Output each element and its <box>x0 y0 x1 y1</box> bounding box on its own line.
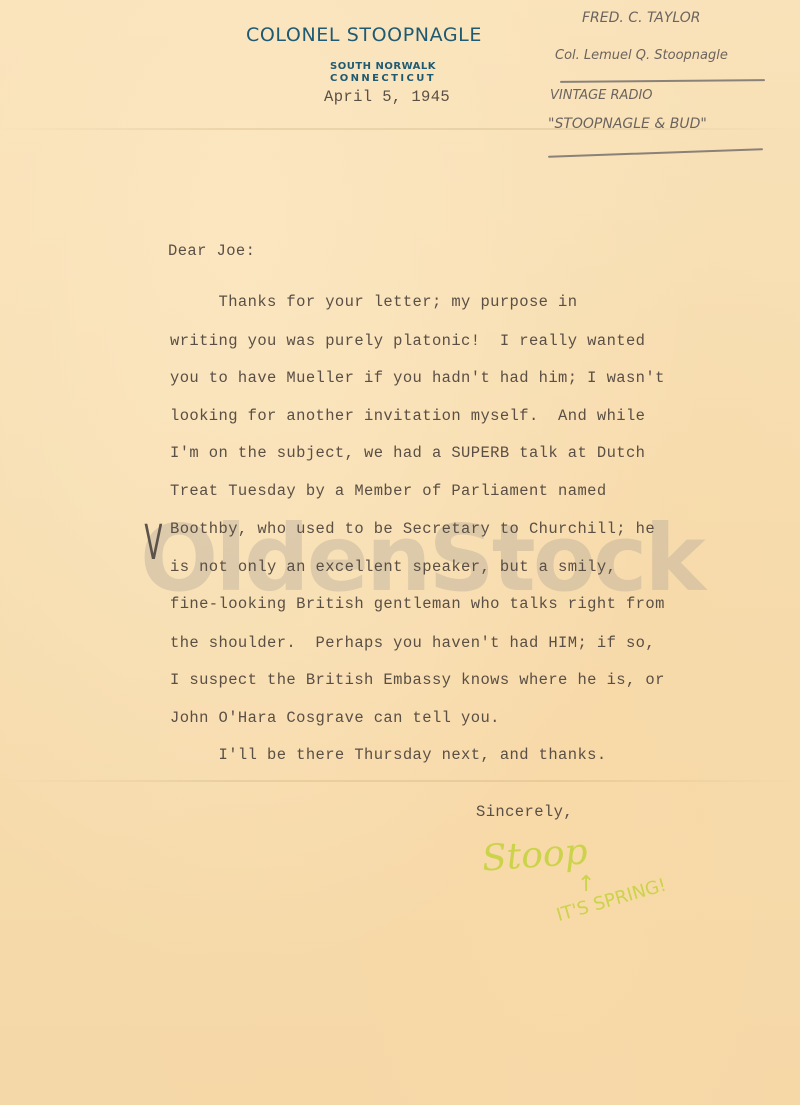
body-line: Thanks for your letter; my purpose in <box>170 293 577 311</box>
pencil-note: "STOOPNAGLE & BUD" <box>548 116 707 132</box>
letter-paper: COLONEL STOOPNAGLE SOUTH NORWALK CONNECT… <box>0 0 800 1105</box>
pencil-note: VINTAGE RADIO <box>550 88 653 103</box>
body-line: is not only an excellent speaker, but a … <box>170 558 616 576</box>
body-line: Treat Tuesday by a Member of Parliament … <box>170 482 607 500</box>
letterhead-city: SOUTH NORWALK <box>330 61 436 72</box>
pencil-note: Col. Lemuel Q. Stoopnagle <box>555 48 728 63</box>
pencil-underline <box>548 148 763 157</box>
paper-fold <box>0 780 800 782</box>
margin-note: IT'S SPRING! <box>554 875 669 926</box>
signature: Stoop <box>481 831 589 879</box>
pencil-note: FRED. C. TAYLOR <box>582 10 701 26</box>
body-line: you to have Mueller if you hadn't had hi… <box>170 369 665 387</box>
body-line: the shoulder. Perhaps you haven't had HI… <box>170 634 655 652</box>
closing: Sincerely, <box>476 803 573 821</box>
pencil-underline <box>560 79 765 82</box>
body-line: writing you was purely platonic! I reall… <box>170 332 645 350</box>
letterhead-name: COLONEL STOOPNAGLE <box>246 24 482 46</box>
body-line: fine-looking British gentleman who talks… <box>170 595 665 613</box>
body-line: I'm on the subject, we had a SUPERB talk… <box>170 444 645 462</box>
body-line: John O'Hara Cosgrave can tell you. <box>170 709 500 727</box>
letterhead-state: CONNECTICUT <box>330 73 436 84</box>
body-line: I suspect the British Embassy knows wher… <box>170 671 665 689</box>
arrow-up-icon: ↑ <box>577 872 595 897</box>
salutation: Dear Joe: <box>168 242 255 260</box>
letter-date: April 5, 1945 <box>324 88 450 106</box>
body-line: Boothby, who used to be Secretary to Chu… <box>170 520 655 538</box>
check-mark-icon: V <box>144 515 162 571</box>
body-line: I'll be there Thursday next, and thanks. <box>170 746 607 764</box>
body-line: looking for another invitation myself. A… <box>170 407 645 425</box>
